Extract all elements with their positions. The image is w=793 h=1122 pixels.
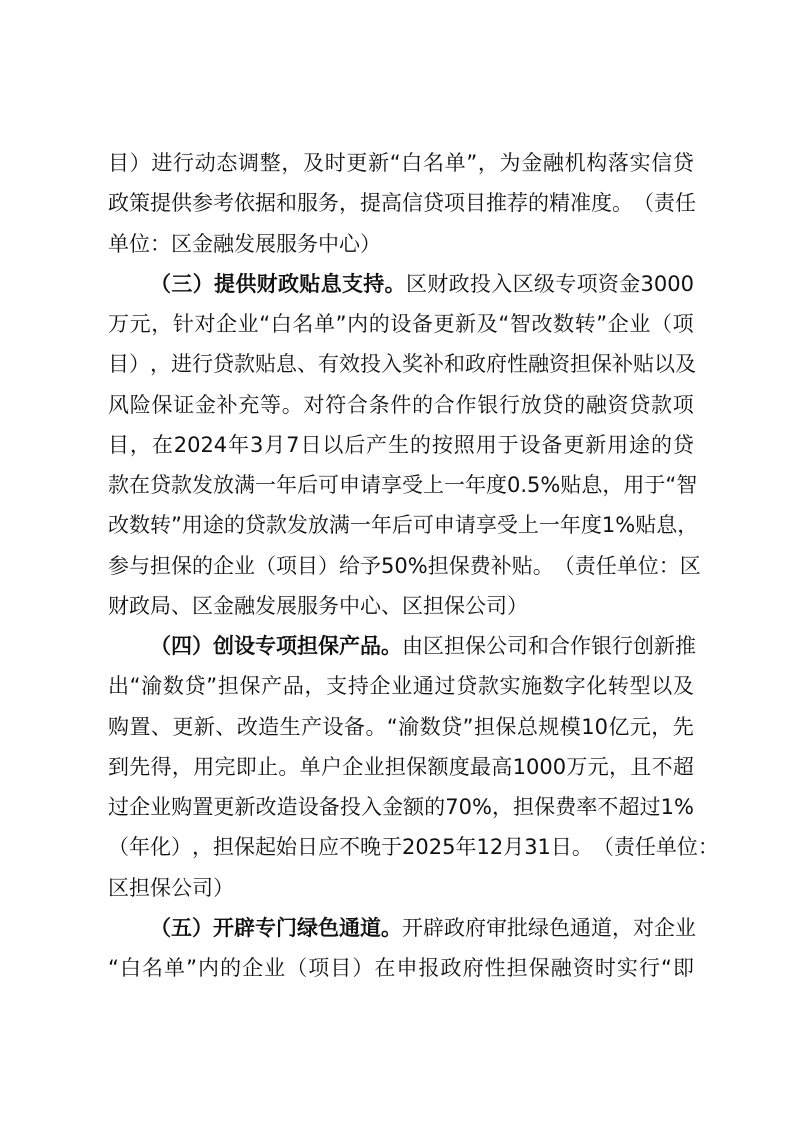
section-heading-char: 品	[360, 626, 381, 666]
text-char: 提	[360, 183, 381, 223]
text-char: 融	[213, 224, 234, 264]
text-char: 信	[651, 143, 672, 183]
section-heading-char: 专	[255, 908, 276, 948]
text-char: 的	[412, 385, 433, 425]
text-char: 出	[108, 666, 129, 706]
text-char: 保	[239, 666, 260, 706]
text-char: 万	[108, 304, 129, 344]
text-char: 责	[614, 827, 635, 867]
text-char: 10	[581, 707, 608, 747]
text-char: ，	[305, 666, 326, 706]
text-char: 区	[108, 868, 129, 908]
section-heading-char: 财	[257, 264, 278, 304]
text-char: 名	[292, 304, 313, 344]
text-char: 度	[591, 183, 612, 223]
text-char: 产	[261, 666, 282, 706]
text-char: 更	[213, 787, 234, 827]
text-char: 款	[171, 465, 192, 505]
text-char: 奖	[402, 344, 423, 384]
text-char: 时	[595, 948, 616, 988]
text-char: 保	[234, 827, 255, 867]
text-char: 务	[297, 224, 318, 264]
text-char: 额	[403, 787, 424, 827]
text-char: 1%	[661, 787, 694, 827]
text-char: 推	[675, 626, 696, 666]
text-char: 担	[513, 787, 534, 827]
text-char: 转	[575, 304, 596, 344]
text-char: 目	[108, 425, 129, 465]
text-char: 1000	[513, 747, 566, 787]
text-char: 应	[318, 827, 339, 867]
text-line: 单位：区金融发展服务中心）	[108, 224, 694, 264]
text-char: ，	[492, 787, 513, 827]
text-char: 供	[171, 183, 192, 223]
text-char: ）	[213, 868, 234, 908]
text-char: 给	[339, 546, 360, 586]
text-char: 度	[486, 465, 507, 505]
text-char: 准	[570, 183, 591, 223]
text-char: ，	[651, 707, 672, 747]
text-char: 务	[318, 183, 339, 223]
text-char: 及	[673, 666, 694, 706]
text-char: 心	[360, 586, 381, 626]
text-char: 款	[266, 505, 287, 545]
text-char: 担	[150, 546, 171, 586]
section-heading-char: ）	[192, 908, 213, 948]
text-char: 项	[673, 385, 694, 425]
text-char: 针	[173, 304, 194, 344]
text-char: ，	[609, 747, 630, 787]
text-char: 12	[476, 827, 503, 867]
text-char: 新	[585, 425, 606, 465]
text-char: 项	[308, 948, 329, 988]
text-char: 发	[287, 505, 308, 545]
text-char: 任	[675, 183, 696, 223]
text-char: 更	[346, 143, 367, 183]
text-char: 置	[192, 787, 213, 827]
section-heading-char: （	[150, 626, 171, 666]
text-char: 目	[297, 546, 318, 586]
text-char: 担	[129, 868, 150, 908]
text-line: 到先得，用完即止。单户企业担保额度最高1000万元，且不超	[108, 747, 694, 787]
text-char: 智	[676, 465, 697, 505]
section-heading-char: 提	[214, 264, 235, 304]
text-char: 及	[303, 143, 324, 183]
text-char: 且	[630, 747, 651, 787]
text-char: 融	[551, 948, 572, 988]
text-char: 单	[617, 546, 638, 586]
text-line: 风险保证金补充等。对符合条件的合作银行放贷的融资贷款项	[108, 385, 694, 425]
text-char: 按	[432, 425, 453, 465]
text-char: 设	[298, 787, 319, 827]
text-char: 目	[108, 344, 129, 384]
section-heading-char: 开	[213, 908, 234, 948]
text-char: 充	[238, 385, 259, 425]
text-char: 区	[192, 586, 213, 626]
text-char: 在	[374, 948, 395, 988]
text-char: 等	[260, 385, 281, 425]
text-char: 贴	[512, 546, 533, 586]
text-char: 企	[342, 747, 363, 787]
text-char: 区	[406, 264, 427, 304]
text-char: 考	[213, 183, 234, 223]
text-line: “白名单”内的企业（项目）在申报政府性担保融资时实行“即	[108, 948, 694, 988]
text-char: 和	[444, 344, 465, 384]
text-char: 中	[318, 224, 339, 264]
text-char: 行	[499, 385, 520, 425]
text-char: 用	[623, 465, 644, 505]
text-char: 、	[381, 586, 402, 626]
text-char: 报	[418, 948, 439, 988]
text-char: 银	[477, 385, 498, 425]
text-char: 设	[390, 304, 411, 344]
text-char: 企	[242, 948, 263, 988]
text-char: 责	[575, 546, 596, 586]
text-char: 批	[507, 908, 528, 948]
text-char: 放	[213, 465, 234, 505]
text-char: 条	[369, 385, 390, 425]
text-char: 到	[108, 747, 129, 787]
text-char: 通	[413, 666, 434, 706]
text-char: 合	[434, 385, 455, 425]
text-char: 政	[441, 948, 462, 988]
text-char: 途	[203, 505, 224, 545]
text-char: 企	[216, 304, 237, 344]
text-char: 单	[108, 224, 129, 264]
text-char: 字	[565, 666, 586, 706]
text-char: 。	[533, 546, 554, 586]
text-char: 支	[326, 666, 347, 706]
text-char: 后	[344, 425, 365, 465]
text-line: 目），进行贷款贴息、有效投入奖补和政府性融资担保补贴以及	[108, 344, 694, 384]
text-char: （	[651, 304, 672, 344]
text-char: 日	[300, 425, 321, 465]
text-char: 、	[215, 707, 236, 747]
text-char: 可	[318, 465, 339, 505]
text-char: 单	[445, 143, 466, 183]
text-char: ”	[466, 143, 477, 183]
text-char: 用	[607, 425, 628, 465]
text-char: 新	[455, 304, 476, 344]
text-char: 险	[130, 385, 151, 425]
text-char: ”	[463, 707, 474, 747]
text-char: 备	[344, 707, 365, 747]
section-heading-char: ）	[192, 626, 213, 666]
text-char: 过	[108, 787, 129, 827]
text-char: 司	[507, 626, 528, 666]
text-char: 资	[608, 385, 629, 425]
text-char: 资	[549, 344, 570, 384]
text-char: 日	[551, 827, 572, 867]
text-char: 企	[370, 666, 391, 706]
text-char: 融	[543, 143, 564, 183]
text-char: 态	[216, 143, 237, 183]
text-char: 的	[651, 425, 672, 465]
text-char: 高	[491, 747, 512, 787]
text-char: 施	[521, 666, 542, 706]
text-char: 务	[318, 586, 339, 626]
text-char: 月	[503, 827, 524, 867]
text-char: 项	[276, 546, 297, 586]
text-char: 年	[455, 827, 476, 867]
text-char: 作	[570, 626, 591, 666]
text-char: ）	[352, 948, 373, 988]
text-char: 改	[237, 707, 258, 747]
text-line: 万元，针对企业“白名单”内的设备更新及“智改数转”企业（项	[108, 304, 694, 344]
text-char: 贴	[633, 344, 654, 384]
text-char: ”	[186, 948, 197, 988]
text-char: 先	[673, 707, 694, 747]
text-char: 入	[361, 787, 382, 827]
text-char: 保	[449, 546, 470, 586]
text-char: 投	[360, 344, 381, 384]
section-heading-char: （	[150, 908, 171, 948]
text-char: 色	[549, 908, 570, 948]
text-char: （	[554, 546, 575, 586]
text-char: 备	[541, 425, 562, 465]
text-line: 区担保公司）	[108, 868, 694, 908]
text-line: 款在贷款发放满一年后可申请享受上一年度0.5%贴息，用于“智	[108, 465, 694, 505]
text-char: 落	[608, 143, 629, 183]
text-char: 备	[319, 787, 340, 827]
text-char: 担	[570, 344, 591, 384]
text-char: ：	[698, 827, 719, 867]
text-char: 信	[402, 183, 423, 223]
text-char: 参	[192, 183, 213, 223]
text-char: ，	[130, 425, 151, 465]
text-char: ”	[206, 666, 217, 706]
text-char: 、	[151, 707, 172, 747]
text-char: 予	[360, 546, 381, 586]
text-char: 年	[228, 425, 249, 465]
text-char: ，	[677, 505, 698, 545]
text-char: 设	[520, 425, 541, 465]
section-heading-char: 。	[381, 908, 402, 948]
text-char: 过	[435, 666, 456, 706]
text-char: 财	[427, 264, 448, 304]
text-char: 项	[577, 264, 598, 304]
text-char: 对	[633, 908, 654, 948]
text-char: 担	[507, 948, 528, 988]
text-char: 贴	[255, 344, 276, 384]
text-char: 转	[150, 505, 171, 545]
text-char: ，	[339, 183, 360, 223]
text-char: 企	[213, 546, 234, 586]
text-char: 作	[456, 385, 477, 425]
text-char: 保	[444, 586, 465, 626]
text-char: “	[259, 304, 270, 344]
text-char: 实	[630, 143, 651, 183]
section-heading-char: 辟	[234, 908, 255, 948]
text-char: 业	[629, 304, 650, 344]
text-char: 。	[282, 385, 303, 425]
text-char: ，	[172, 747, 193, 787]
text-char: 即	[236, 747, 257, 787]
text-char: 年	[465, 465, 486, 505]
text-char: 为	[500, 143, 521, 183]
text-char: 转	[608, 666, 629, 706]
text-char: 公	[171, 868, 192, 908]
text-char: 业	[234, 546, 255, 586]
text-char: 年	[371, 505, 392, 545]
text-char: 年	[560, 505, 581, 545]
text-char: 产	[301, 707, 322, 747]
section-heading-char: ）	[193, 264, 214, 304]
text-char: 设	[323, 707, 344, 747]
text-char: ，	[192, 827, 213, 867]
text-char: 息	[581, 465, 602, 505]
text-char: 和	[528, 626, 549, 666]
text-char: ，	[281, 143, 302, 183]
text-char: 不	[652, 747, 673, 787]
text-char: 贷	[185, 666, 206, 706]
text-char: 位	[677, 827, 698, 867]
text-char: 规	[538, 707, 559, 747]
section-heading-char: 创	[213, 626, 234, 666]
text-char: 项	[444, 183, 465, 223]
text-char: 进	[171, 344, 192, 384]
text-char: 数	[163, 666, 184, 706]
text-char: 。	[572, 827, 593, 867]
text-char: 补	[612, 344, 633, 384]
text-char: 31	[524, 827, 551, 867]
text-char: 金	[382, 787, 403, 827]
section-heading-char: 贴	[299, 264, 320, 304]
text-char: 贷	[673, 143, 694, 183]
text-char: 金	[521, 143, 542, 183]
text-char: 的	[369, 304, 390, 344]
text-char: 即	[673, 948, 694, 988]
text-line: 出“渝数贷”担保产品，支持企业通过贷款实施数字化转型以及	[108, 666, 694, 706]
text-char: 购	[108, 707, 129, 747]
text-char: 展	[276, 586, 297, 626]
text-char: 性	[507, 344, 528, 384]
text-char: 业	[364, 747, 385, 787]
text-char: 绿	[528, 908, 549, 948]
text-char: 服	[276, 224, 297, 264]
text-char: 新	[654, 626, 675, 666]
text-char: “	[130, 666, 141, 706]
text-char: ：	[150, 224, 171, 264]
text-char: 审	[486, 908, 507, 948]
text-char: 行	[192, 344, 213, 384]
section-heading-char: 五	[171, 908, 192, 948]
section-heading-char: 政	[278, 264, 299, 304]
text-char: 放	[308, 505, 329, 545]
text-char: 内	[347, 304, 368, 344]
text-char: 保	[529, 948, 550, 988]
text-char: 性	[485, 948, 506, 988]
text-char: 途	[629, 425, 650, 465]
text-char: 品	[283, 666, 304, 706]
text-line: （四）创设专项担保产品。由区担保公司和合作银行创新推	[108, 626, 694, 666]
text-char: 过	[640, 787, 661, 827]
text-char: 3	[250, 425, 263, 465]
text-char: 款	[651, 385, 672, 425]
text-char: 渝	[398, 707, 419, 747]
text-char: 据	[255, 183, 276, 223]
text-char: ）	[129, 344, 150, 384]
text-char: 享	[476, 505, 497, 545]
text-char: 项	[673, 304, 694, 344]
text-char: 单	[656, 827, 677, 867]
text-char: 金	[619, 264, 640, 304]
text-char: 后	[297, 465, 318, 505]
text-line: 目）进行动态调整，及时更新“白名单”，为金融机构落实信贷	[108, 143, 694, 183]
text-char: 银	[591, 626, 612, 666]
text-char: 政	[449, 264, 470, 304]
text-char: 的	[192, 546, 213, 586]
text-char: 智	[510, 304, 531, 344]
text-line: 改数转”用途的贷款发放满一年后可申请享受上一年度1%贴息，	[108, 505, 694, 545]
text-char: 证	[173, 385, 194, 425]
text-char: 精	[549, 183, 570, 223]
text-line: 购置、更新、改造生产设备。“渝数贷”担保总规模10亿元，先	[108, 707, 694, 747]
text-char: 府	[486, 344, 507, 384]
text-char: 政	[465, 344, 486, 384]
text-char: 日	[297, 827, 318, 867]
text-char: 担	[444, 626, 465, 666]
text-char: 晚	[360, 827, 381, 867]
text-char: 0.5%	[507, 465, 560, 505]
text-char: 政	[129, 586, 150, 626]
text-char: 位	[129, 224, 150, 264]
section-heading-char: 绿	[297, 908, 318, 948]
text-char: 数	[129, 505, 150, 545]
text-char: 满	[234, 465, 255, 505]
text-char: 申	[434, 505, 455, 545]
text-char: 更	[172, 707, 193, 747]
text-char: 一	[255, 465, 276, 505]
text-char: 心	[339, 224, 360, 264]
text-char: 辟	[423, 908, 444, 948]
text-char: 白	[120, 948, 141, 988]
text-line: （年化），担保起始日应不晚于2025年12月31日。（责任单位：	[108, 827, 694, 867]
text-char: 完	[214, 747, 235, 787]
text-char: 3000	[641, 264, 694, 304]
text-char: 府	[465, 908, 486, 948]
text-line: 过企业购置更新改造设备投入金额的70%，担保费率不超过1%	[108, 787, 694, 827]
text-char: 财	[108, 586, 129, 626]
text-char: 50%	[381, 546, 428, 586]
text-char: 白	[401, 143, 422, 183]
section-heading-char: 通	[339, 908, 360, 948]
text-char: 名	[423, 143, 444, 183]
section-heading-char: 保	[318, 626, 339, 666]
document-page: 目）进行动态调整，及时更新“白名单”，为金融机构落实信贷政策提供参考依据和服务，…	[108, 143, 694, 988]
text-char: 额	[427, 747, 448, 787]
text-char: 1%	[602, 505, 635, 545]
text-char: 行	[639, 948, 660, 988]
text-char: 单	[300, 747, 321, 787]
text-char: ”	[171, 505, 182, 545]
text-char: 产	[366, 425, 387, 465]
text-char: 贷	[542, 385, 563, 425]
text-char: 司	[486, 586, 507, 626]
text-char: 区	[423, 626, 444, 666]
text-char: 调	[238, 143, 259, 183]
section-heading-char: 产	[339, 626, 360, 666]
text-line: 政策提供参考依据和服务，提高信贷项目推荐的精准度。（责任	[108, 183, 694, 223]
text-char: ，	[151, 304, 172, 344]
text-char: 专	[555, 264, 576, 304]
text-char: 政	[444, 908, 465, 948]
text-char: 服	[297, 586, 318, 626]
text-char: “	[498, 304, 509, 344]
text-char: 发	[192, 465, 213, 505]
text-char: 的	[224, 505, 245, 545]
text-char: 业	[675, 908, 696, 948]
